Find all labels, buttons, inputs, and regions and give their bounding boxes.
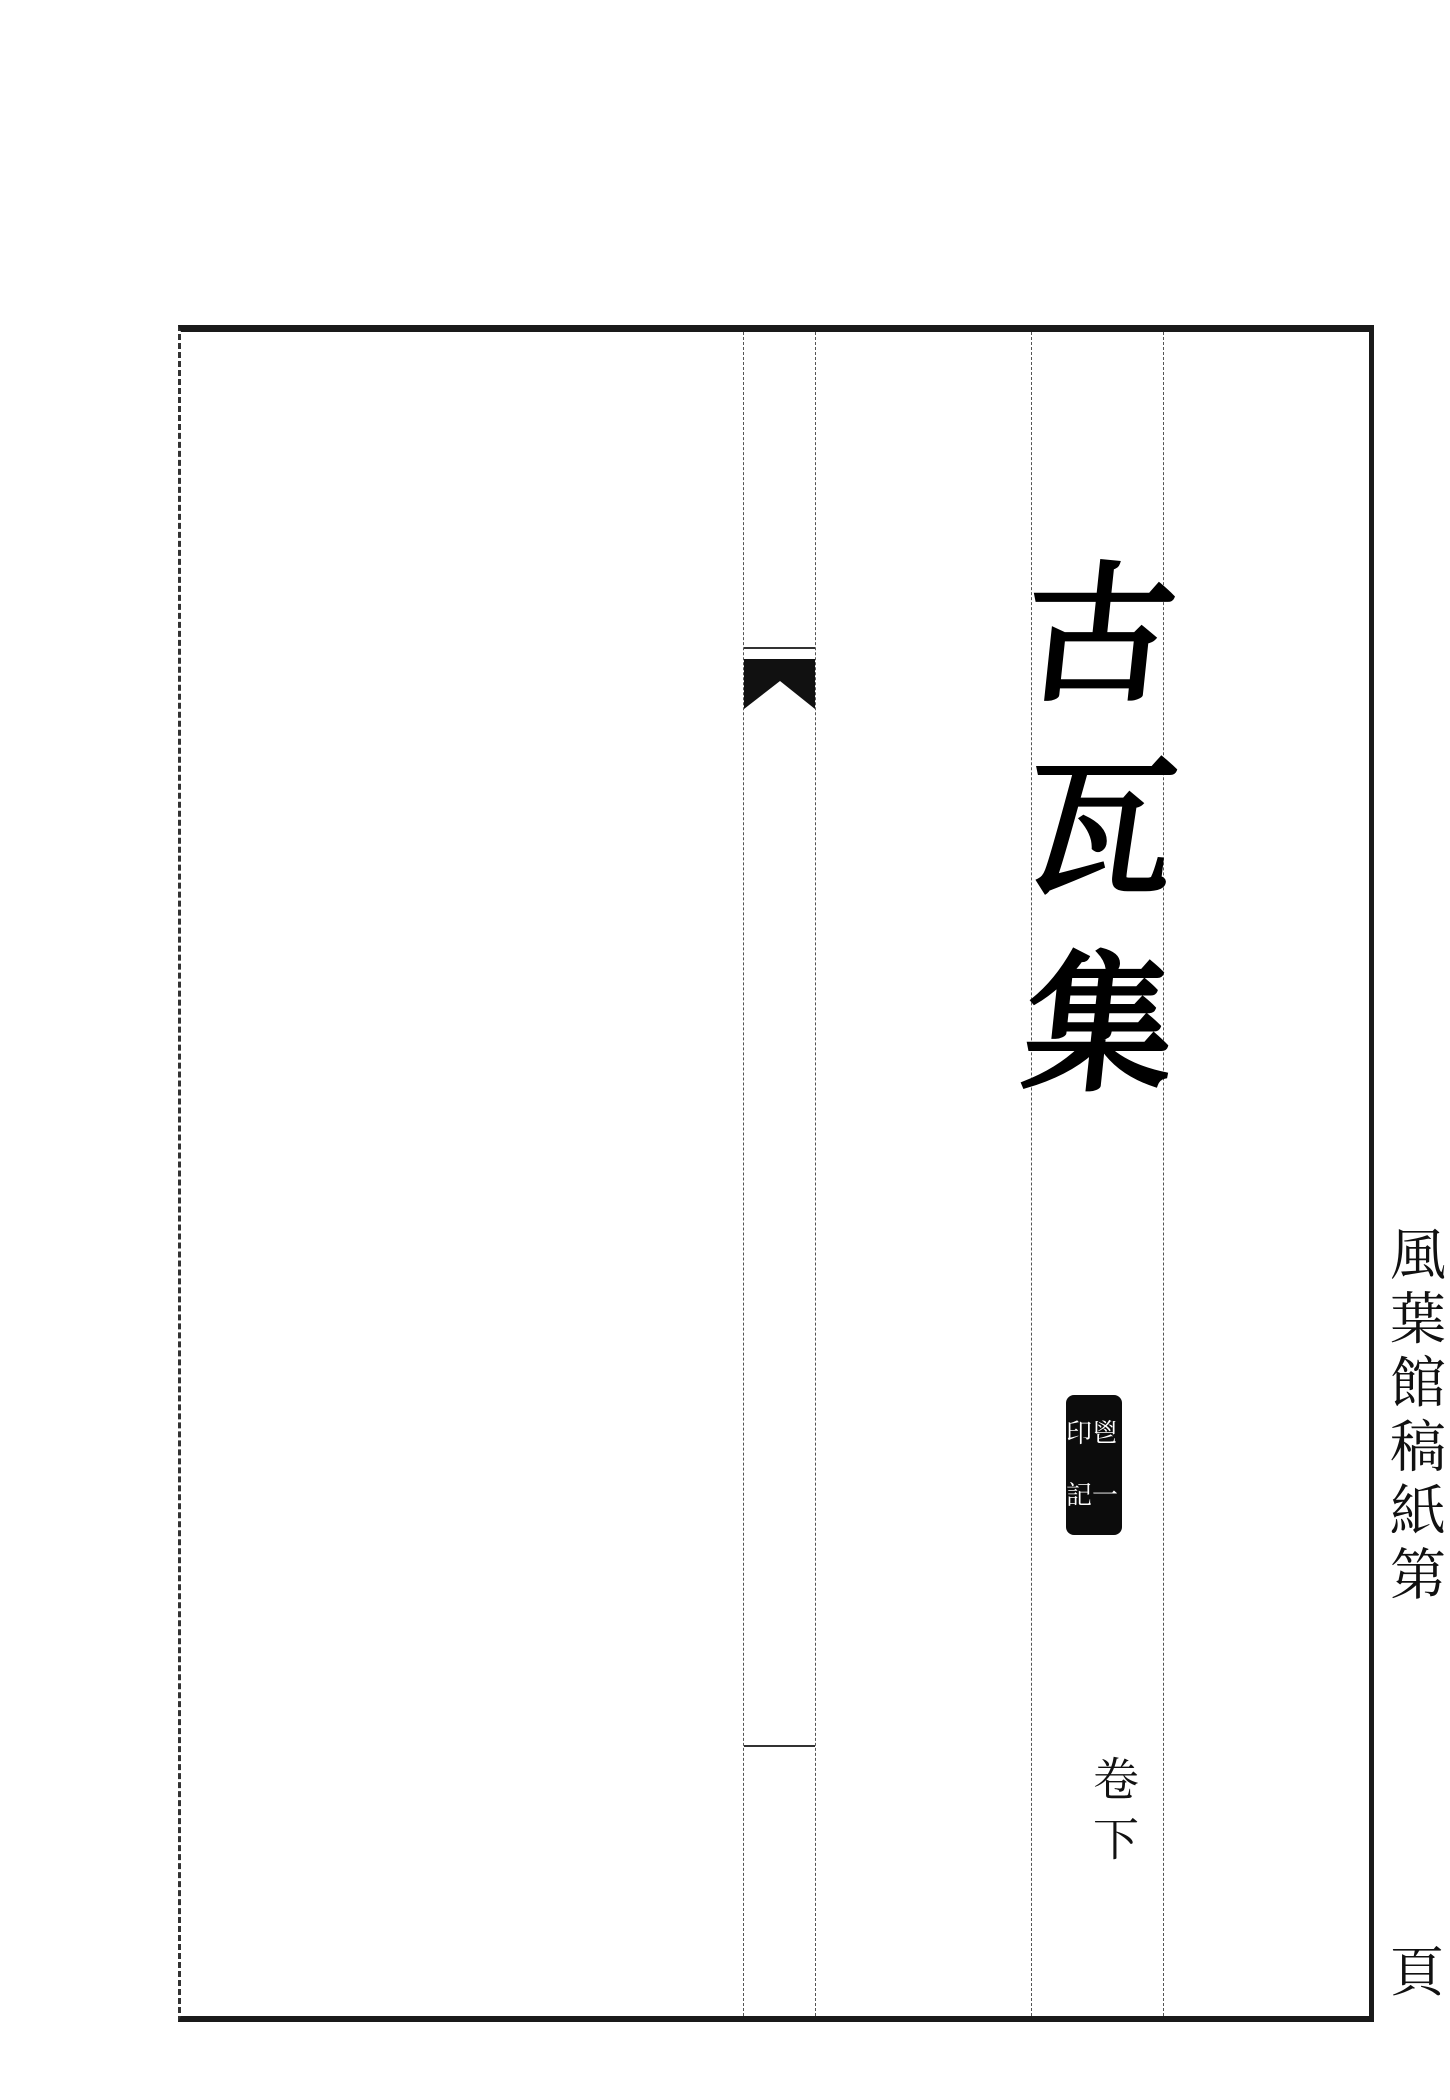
center-column-lower-rule [744,1745,815,1747]
title-char: 集 [1017,950,1183,1100]
title-char: 瓦 [1017,755,1183,905]
paper-margin-label: 風葉館稿紙第 [1385,1225,1441,1609]
volume-label: 卷下 [1080,1755,1146,1875]
page-outer-frame [178,325,1374,2022]
title-char: 古 [1017,560,1183,710]
seal-char: 鬯 [1092,1421,1118,1447]
seal-char: 記 [1066,1483,1092,1509]
page-suffix: 頁 [1390,1930,1444,2007]
book-title: 古 瓦 集 [1040,560,1160,1145]
center-column-left-rule [743,332,744,2016]
fishtail-top-rule [744,647,815,649]
seal-stamp: 鬯 一 印 記 [1066,1395,1122,1535]
seal-char: 一 [1092,1483,1118,1509]
fishtail-mark-icon [744,655,815,715]
seal-char: 印 [1066,1421,1092,1447]
center-column-right-rule [815,332,816,2016]
